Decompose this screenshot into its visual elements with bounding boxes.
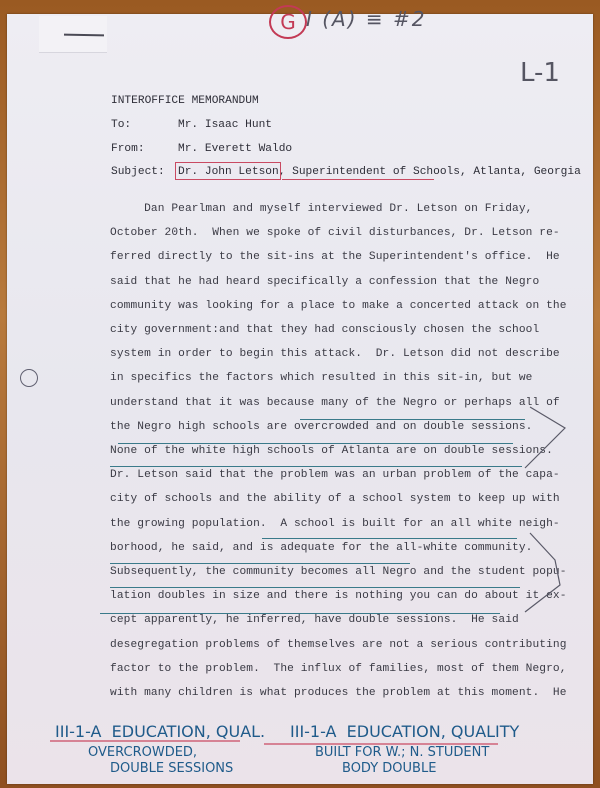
- footer-left-note-2: DOUBLE SESSIONS: [110, 761, 233, 776]
- footer-right-note-2: BODY DOUBLE: [342, 761, 436, 776]
- footer-right-code: III-1-A EDUCATION, QUALITY: [290, 722, 519, 741]
- footer-left-note-1: OVERCROWDED,: [88, 745, 197, 760]
- footer-right-note-1: BUILT FOR W.; N. STUDENT: [315, 745, 489, 760]
- margin-brackets: [0, 0, 600, 788]
- footer-left-code: III-1-A EDUCATION, QUAL.: [55, 722, 265, 741]
